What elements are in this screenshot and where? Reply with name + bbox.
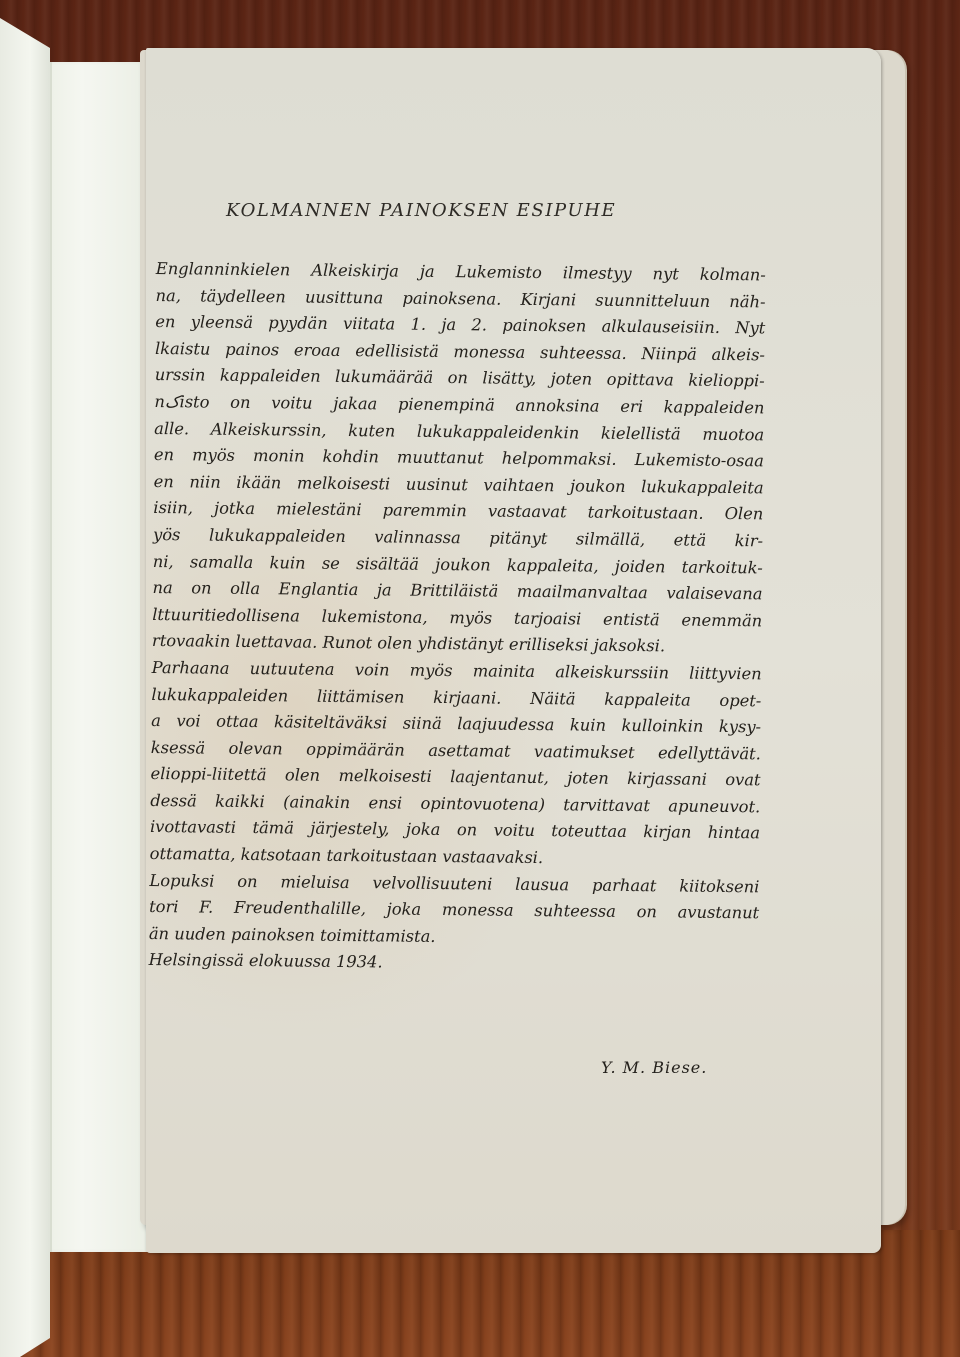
book-page: KOLMANNEN PAINOKSEN ESIPUHE Englanninkie… <box>146 48 881 1253</box>
flyleaf-strip <box>50 62 152 1252</box>
dateline: Helsingissä elokuussa 1934. <box>148 947 758 980</box>
book-cover-edge <box>0 18 50 1357</box>
page-title: KOLMANNEN PAINOKSEN ESIPUHE <box>226 200 746 221</box>
preface-body: Englanninkielen Alkeiskirja ja Lukemisto… <box>148 256 765 980</box>
author-signature: Y. M. Biese. <box>601 1058 707 1077</box>
